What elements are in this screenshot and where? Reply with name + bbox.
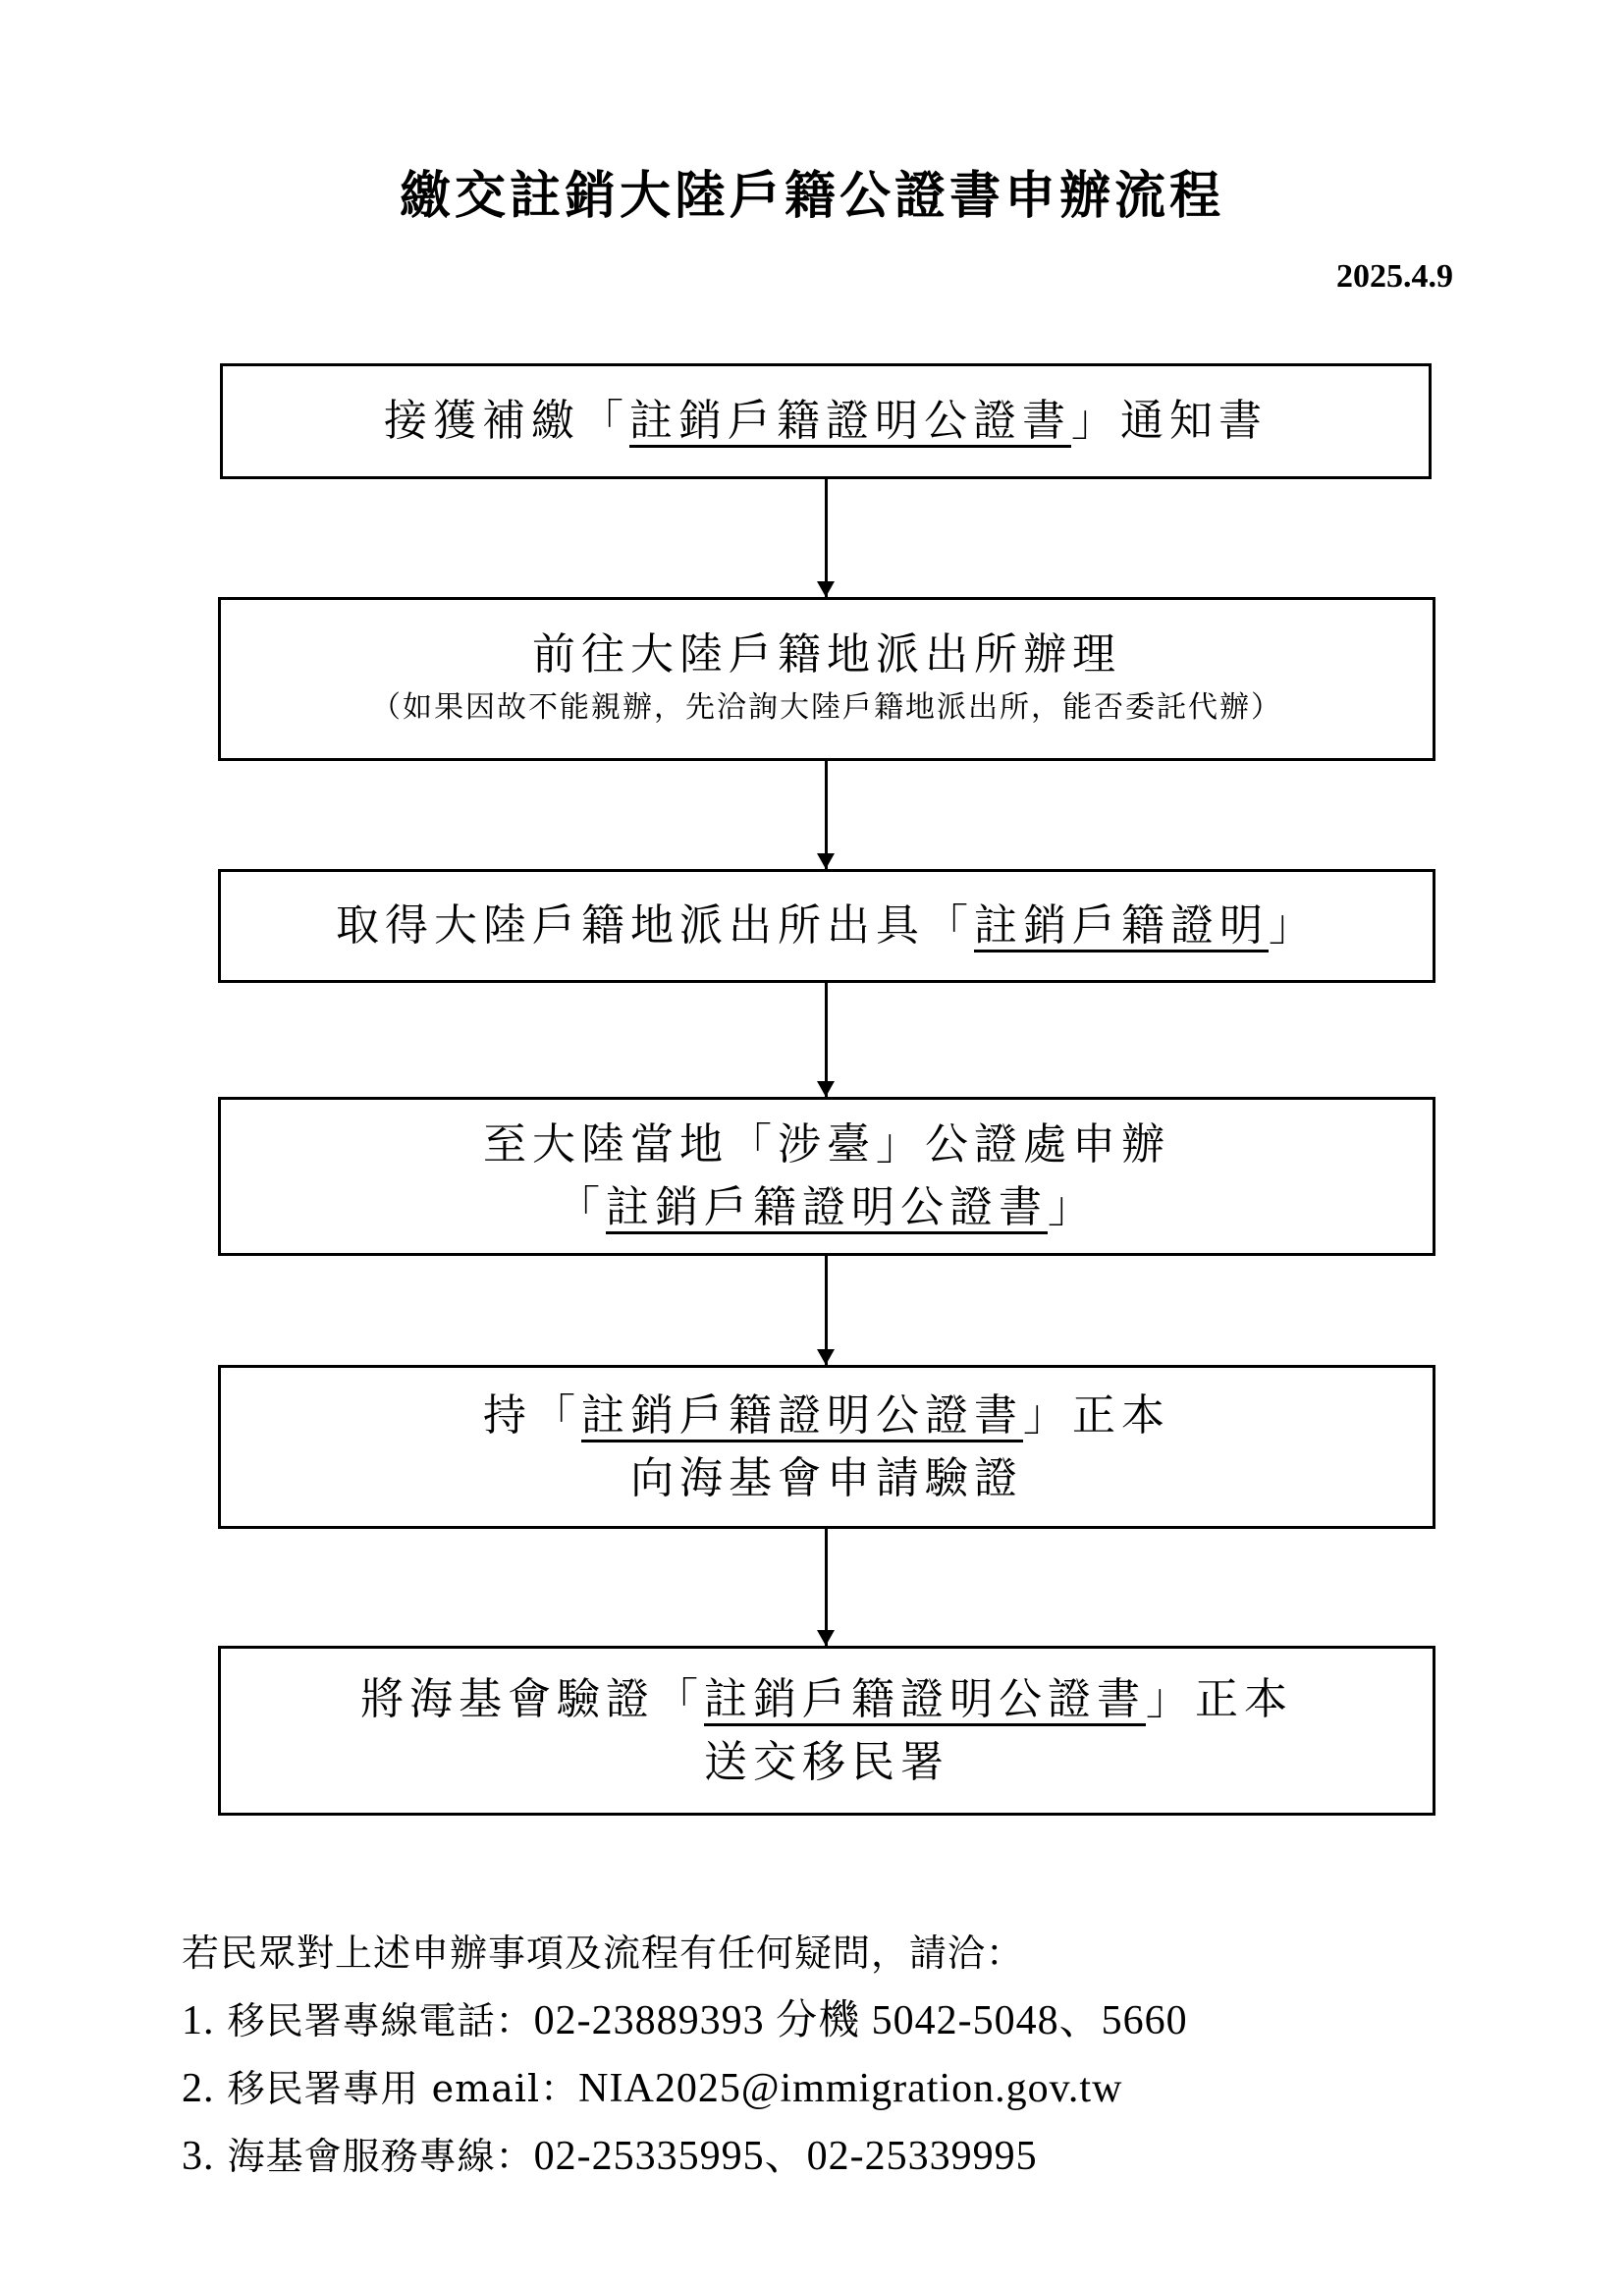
flow-step-3: 取得大陸戶籍地派出所出具「註銷戶籍證明」 <box>218 869 1435 983</box>
down-arrow-icon <box>825 761 828 869</box>
document-title: 繳交註銷大陸戶籍公證書申辦流程 <box>0 162 1624 231</box>
flow-step-5: 持「註銷戶籍證明公證書」正本 向海基會申請驗證 <box>218 1365 1435 1529</box>
contact-email-link[interactable]: NIA2025@immigration.gov.tw <box>578 2066 1122 2111</box>
step-4-document-name: 註銷戶籍證明公證書 <box>606 1182 1048 1232</box>
contact-item-number: 2. <box>182 2066 215 2111</box>
step-5-prefix: 持「 <box>483 1390 581 1441</box>
step-6-suffix: 」正本 <box>1146 1674 1293 1724</box>
contact-section: 若民眾對上述申辦事項及流程有任何疑問，請洽： 1. 移民署專線電話：02-238… <box>182 1920 1188 2191</box>
flow-step-6: 將海基會驗證「註銷戶籍證明公證書」正本 送交移民署 <box>218 1646 1435 1816</box>
contact-item-label: 海基會服務專線： <box>228 2135 534 2178</box>
contact-item-number: 1. <box>182 1998 215 2043</box>
step-5-line-1: 持「註銷戶籍證明公證書」正本 <box>483 1385 1170 1447</box>
contact-intro: 若民眾對上述申辦事項及流程有任何疑問，請洽： <box>182 1920 1188 1987</box>
step-1-prefix: 接獲補繳「 <box>384 396 629 446</box>
flow-step-1: 接獲補繳「註銷戶籍證明公證書」通知書 <box>220 363 1432 479</box>
step-5-suffix: 」正本 <box>1023 1390 1170 1441</box>
flow-step-4: 至大陸當地「涉臺」公證處申辦 「註銷戶籍證明公證書」 <box>218 1097 1435 1256</box>
down-arrow-icon <box>825 1256 828 1365</box>
contact-item-sef-hotline: 3. 海基會服務專線：02-25335995、02-25339995 <box>182 2123 1188 2191</box>
step-1-text: 接獲補繳「註銷戶籍證明公證書」通知書 <box>384 390 1268 453</box>
step-2-note: （如果因故不能親辦，先洽詢大陸戶籍地派出所，能否委託代辦） <box>371 686 1282 730</box>
down-arrow-icon <box>825 1529 828 1646</box>
contact-phone-value[interactable]: 02-23889393 分機 5042-5048、5660 <box>534 1998 1188 2043</box>
step-1-document-name: 註銷戶籍證明公證書 <box>629 396 1071 446</box>
contact-hotline-value[interactable]: 02-25335995、02-25339995 <box>534 2134 1038 2179</box>
step-3-text: 取得大陸戶籍地派出所出具「註銷戶籍證明」 <box>336 895 1318 957</box>
step-4-open-bracket: 「 <box>557 1182 606 1232</box>
step-3-document-name: 註銷戶籍證明 <box>974 900 1269 951</box>
contact-item-label: 移民署專用 email： <box>228 2067 579 2110</box>
step-4-line-2: 「註銷戶籍證明公證書」 <box>557 1176 1097 1239</box>
step-1-suffix: 」通知書 <box>1071 396 1268 446</box>
step-3-suffix: 」 <box>1269 900 1318 951</box>
document-date: 2025.4.9 <box>1336 257 1453 297</box>
step-4-line-1: 至大陸當地「涉臺」公證處申辦 <box>483 1114 1170 1176</box>
step-6-prefix: 將海基會驗證「 <box>360 1674 704 1724</box>
step-6-line-1: 將海基會驗證「註銷戶籍證明公證書」正本 <box>360 1668 1293 1731</box>
step-3-prefix: 取得大陸戶籍地派出所出具「 <box>336 900 974 951</box>
step-6-line-2: 送交移民署 <box>704 1731 949 1794</box>
flow-step-2: 前往大陸戶籍地派出所辦理 （如果因故不能親辦，先洽詢大陸戶籍地派出所，能否委託代… <box>218 597 1435 761</box>
contact-item-email: 2. 移民署專用 email：NIA2025@immigration.gov.t… <box>182 2055 1188 2123</box>
contact-item-phone: 1. 移民署專線電話：02-23889393 分機 5042-5048、5660 <box>182 1987 1188 2055</box>
step-5-line-2: 向海基會申請驗證 <box>630 1447 1023 1510</box>
contact-item-number: 3. <box>182 2134 215 2179</box>
down-arrow-icon <box>825 983 828 1097</box>
contact-item-label: 移民署專線電話： <box>228 1999 534 2042</box>
step-2-text: 前往大陸戶籍地派出所辦理 <box>532 624 1121 686</box>
step-5-document-name: 註銷戶籍證明公證書 <box>581 1390 1023 1441</box>
down-arrow-icon <box>825 479 828 597</box>
step-4-close-bracket: 」 <box>1048 1182 1097 1232</box>
step-6-document-name: 註銷戶籍證明公證書 <box>704 1674 1146 1724</box>
